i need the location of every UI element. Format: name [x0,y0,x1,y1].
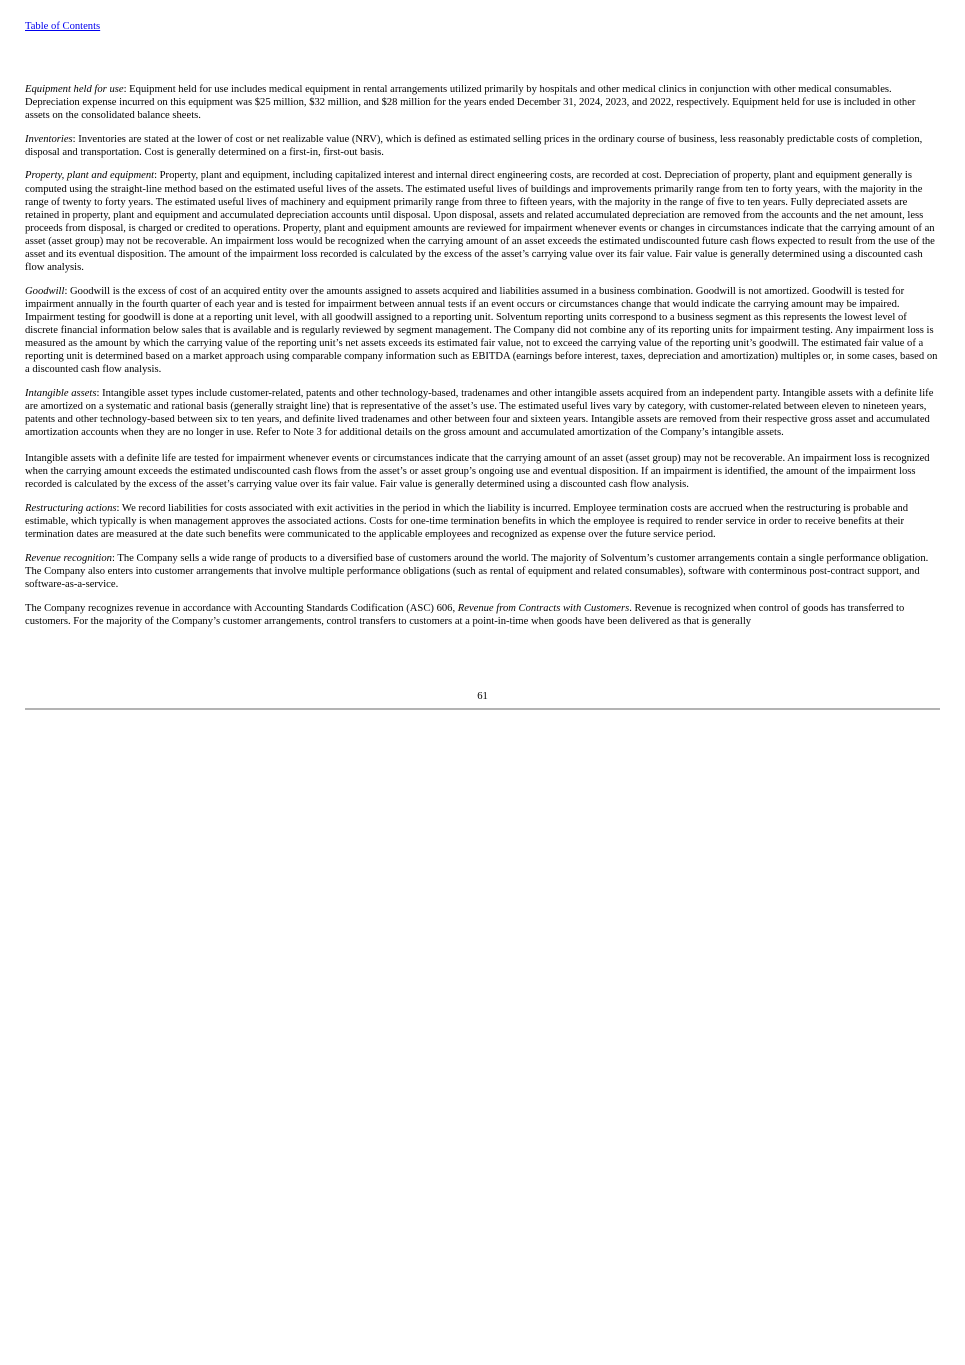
paragraph-text: : Equipment held for use includes medica… [25,84,915,121]
paragraph-property-plant-equipment: Property, plant and equipment: Property,… [25,169,940,274]
page-divider [25,708,940,710]
table-of-contents-link[interactable]: Table of Contents [25,20,100,33]
paragraph-asc-606: The Company recognizes revenue in accord… [25,602,940,628]
paragraph-equipment-held-for-use: Equipment held for use: Equipment held f… [25,83,940,122]
term-label: Revenue recognition [25,553,112,564]
paragraph-text: : Property, plant and equipment, includi… [25,170,935,273]
paragraph-text: : Goodwill is the excess of cost of an a… [25,286,937,376]
paragraph-revenue-recognition: Revenue recognition: The Company sells a… [25,552,940,591]
paragraph-inventories: Inventories: Inventories are stated at t… [25,133,940,159]
paragraph-restructuring-actions: Restructuring actions: We record liabili… [25,502,940,541]
term-label: Equipment held for use [25,84,124,95]
paragraph-text: : The Company sells a wide range of prod… [25,553,928,590]
paragraph-text: : We record liabilities for costs associ… [25,503,908,540]
term-label: Goodwill [25,286,64,297]
paragraph-intangible-impairment: Intangible assets with a definite life a… [25,452,940,491]
paragraph-text: The Company recognizes revenue in accord… [25,603,458,614]
term-label: Restructuring actions [25,503,117,514]
term-label: Property, plant and equipment [25,170,154,181]
paragraph-intangible-assets: Intangible assets: Intangible asset type… [25,387,940,439]
paragraph-text: : Intangible asset types include custome… [25,388,933,438]
term-label: Inventories [25,134,73,145]
term-label: Intangible assets [25,388,97,399]
standard-title: Revenue from Contracts with Customers [458,603,629,614]
document-body: Equipment held for use: Equipment held f… [25,83,940,638]
paragraph-text: Intangible assets with a definite life a… [25,453,930,490]
paragraph-text: : Inventories are stated at the lower of… [25,134,922,158]
paragraph-goodwill: Goodwill: Goodwill is the excess of cost… [25,285,940,377]
page-number: 61 [25,690,940,703]
